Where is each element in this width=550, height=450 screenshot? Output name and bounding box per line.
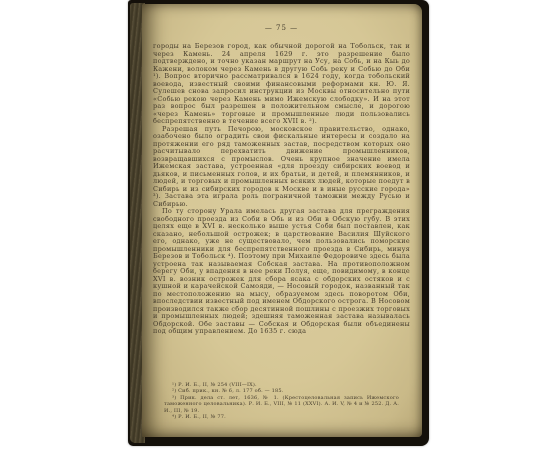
body-paragraph: городы на Березов город, как обычной дор… (153, 43, 410, 126)
body-paragraph: По ту сторону Урала имелась другая заста… (153, 208, 410, 336)
footnote-entry: ³) Прик. дела ст. лет, 1636, № 1. (Крест… (164, 395, 399, 414)
book-page-photo: — 75 — городы на Березов город, как обыч… (128, 0, 429, 446)
body-paragraph: Разрешая путь Печорою, московское правит… (153, 126, 410, 209)
page-text-block: — 75 — городы на Березов город, как обыч… (153, 24, 410, 336)
body-paragraphs: городы на Березов город, как обычной дор… (153, 43, 410, 336)
footnotes-block: ¹) Р. И. Б., II, № 254 (VIII—IX).²) Сиб.… (164, 382, 399, 420)
book-page: — 75 — городы на Березов город, как обыч… (142, 4, 422, 437)
page-number: — 75 — (153, 24, 410, 32)
footnote-entry: ⁴) Р. И. Б., II, № 77. (164, 414, 399, 420)
